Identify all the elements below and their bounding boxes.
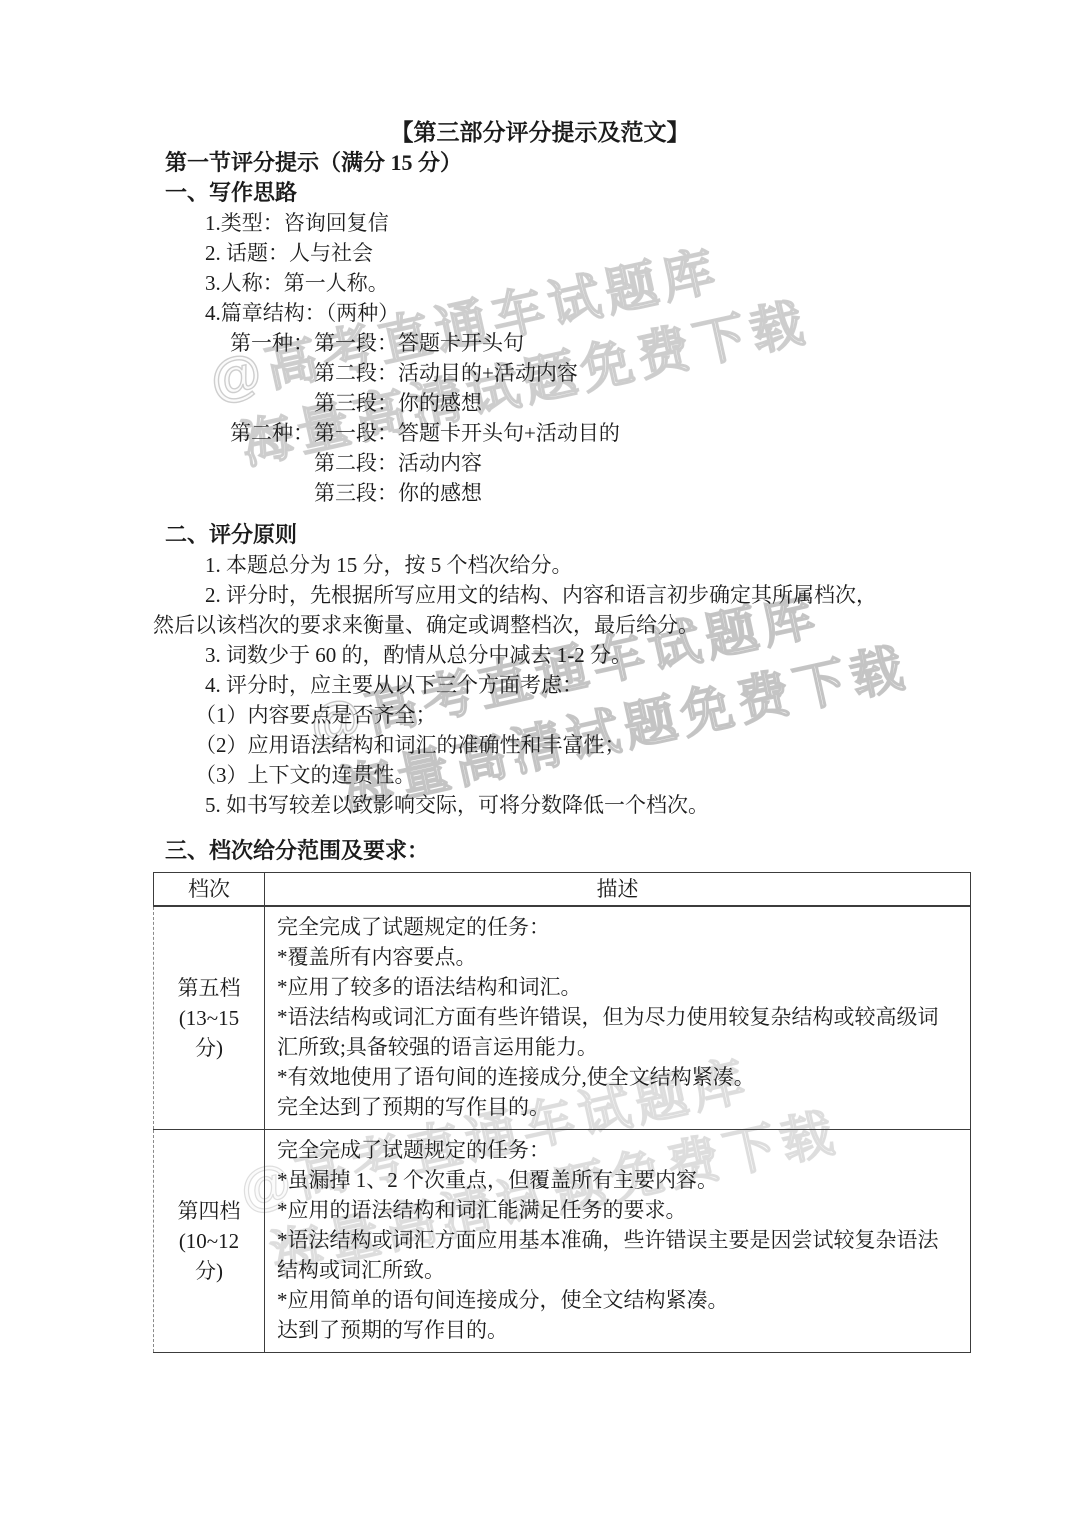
- level-4-desc-line-4: *语法结构或词汇方面应用基本准确，些许错误主要是因尝试较复杂语法结构或词汇所致。: [277, 1225, 956, 1285]
- level-4-label: 第四档 (10~12 分): [154, 1130, 265, 1353]
- part2-rule-4-sub-1: （1）内容要点是否齐全；: [195, 700, 985, 730]
- structure-type-2-paragraph-3: 第三段：你的感想: [314, 478, 620, 508]
- level-5-desc-line-4: *语法结构或词汇方面有些许错误，但为尽力使用较复杂结构或较高级词汇所致;具备较强…: [277, 1002, 956, 1062]
- part2-rule-5: 5. 如书写较差以致影响交际，可将分数降低一个档次。: [205, 790, 985, 820]
- table-header-description: 描述: [265, 873, 971, 907]
- part2-rule-2-line-1: 2. 评分时，先根据所写应用文的结构、内容和语言初步确定其所属档次，: [205, 580, 985, 610]
- table-row-level-4: 第四档 (10~12 分) 完全完成了试题规定的任务： *虽漏掉 1、2 个次重…: [154, 1130, 971, 1353]
- part2-rule-4: 4. 评分时，应主要从以下三个方面考虑：: [205, 670, 985, 700]
- structure-type-1-lines: 第一段：答题卡开头句 第二段：活动目的+活动内容 第三段：你的感想: [314, 328, 578, 418]
- level-4-desc-line-2: *虽漏掉 1、2 个次重点，但覆盖所有主要内容。: [277, 1165, 956, 1195]
- part3-heading: 三、档次给分范围及要求：: [165, 836, 985, 866]
- level-4-desc-line-5: *应用简单的语句间连接成分，使全文结构紧凑。: [277, 1285, 956, 1315]
- level-4-desc-line-1: 完全完成了试题规定的任务：: [277, 1135, 956, 1165]
- part2-rule-4-sub-3: （3）上下文的连贯性。: [195, 760, 985, 790]
- structure-type-2-lines: 第一段：答题卡开头句+活动目的 第二段：活动内容 第三段：你的感想: [314, 418, 620, 508]
- level-5-description: 完全完成了试题规定的任务： *覆盖所有内容要点。 *应用了较多的语法结构和词汇。…: [265, 906, 971, 1130]
- table-header-row: 档次 描述: [154, 873, 971, 907]
- score-level-table: 档次 描述 第五档 (13~15 分) 完全完成了试题规定的任务： *覆盖所有内…: [153, 872, 971, 1353]
- structure-type-1-label: 第一种：: [230, 328, 314, 418]
- structure-type-2-paragraph-2: 第二段：活动内容: [314, 448, 620, 478]
- level-4-description: 完全完成了试题规定的任务： *虽漏掉 1、2 个次重点，但覆盖所有主要内容。 *…: [265, 1130, 971, 1353]
- level-5-desc-line-3: *应用了较多的语法结构和词汇。: [277, 972, 956, 1002]
- part2-rule-1: 1. 本题总分为 15 分，按 5 个档次给分。: [205, 550, 985, 580]
- part1-item-2: 2. 话题：人与社会: [205, 238, 985, 268]
- part1-heading: 一、写作思路: [165, 178, 985, 208]
- section-heading: 第一节评分提示（满分 15 分）: [165, 148, 985, 178]
- level-4-desc-line-6: 达到了预期的写作目的。: [277, 1315, 956, 1345]
- table-header-level: 档次: [154, 873, 265, 907]
- structure-type-1-paragraph-1: 第一段：答题卡开头句: [314, 328, 578, 358]
- part2-heading: 二、评分原则: [165, 520, 985, 550]
- table-row-level-5: 第五档 (13~15 分) 完全完成了试题规定的任务： *覆盖所有内容要点。 *…: [154, 906, 971, 1130]
- part2-rule-3: 3. 词数少于 60 的，酌情从总分中减去 1-2 分。: [205, 640, 985, 670]
- structure-type-1-paragraph-2: 第二段：活动目的+活动内容: [314, 358, 578, 388]
- document-page: @高考直通车试题库 海量高清试题免费下载 @高考直通车试题库 海量高清试题免费下…: [0, 0, 1080, 1527]
- level-5-desc-line-2: *覆盖所有内容要点。: [277, 942, 956, 972]
- structure-type-2: 第二种： 第一段：答题卡开头句+活动目的 第二段：活动内容 第三段：你的感想: [230, 418, 985, 508]
- level-4-desc-line-3: *应用的语法结构和词汇能满足任务的要求。: [277, 1195, 956, 1225]
- level-5-desc-line-6: 完全达到了预期的写作目的。: [277, 1092, 956, 1122]
- part1-item-1: 1.类型：咨询回复信: [205, 208, 985, 238]
- part2-rule-4-sub-2: （2）应用语法结构和词汇的准确性和丰富性；: [195, 730, 985, 760]
- level-5-desc-line-5: *有效地使用了语句间的连接成分,使全文结构紧凑。: [277, 1062, 956, 1092]
- part1-item-4: 4.篇章结构：（两种）: [205, 298, 985, 328]
- level-5-desc-line-1: 完全完成了试题规定的任务：: [277, 912, 956, 942]
- structure-type-2-label: 第二种：: [230, 418, 314, 508]
- part2-rule-2-line-2: 然后以该档次的要求来衡量、确定或调整档次，最后给分。: [153, 610, 985, 640]
- document-content: 【第三部分评分提示及范文】 第一节评分提示（满分 15 分） 一、写作思路 1.…: [0, 0, 1080, 1353]
- document-title: 【第三部分评分提示及范文】: [0, 118, 1080, 148]
- level-5-label: 第五档 (13~15 分): [154, 906, 265, 1130]
- structure-type-1-paragraph-3: 第三段：你的感想: [314, 388, 578, 418]
- part1-item-3: 3.人称：第一人称。: [205, 268, 985, 298]
- structure-type-1: 第一种： 第一段：答题卡开头句 第二段：活动目的+活动内容 第三段：你的感想: [230, 328, 985, 418]
- structure-type-2-paragraph-1: 第一段：答题卡开头句+活动目的: [314, 418, 620, 448]
